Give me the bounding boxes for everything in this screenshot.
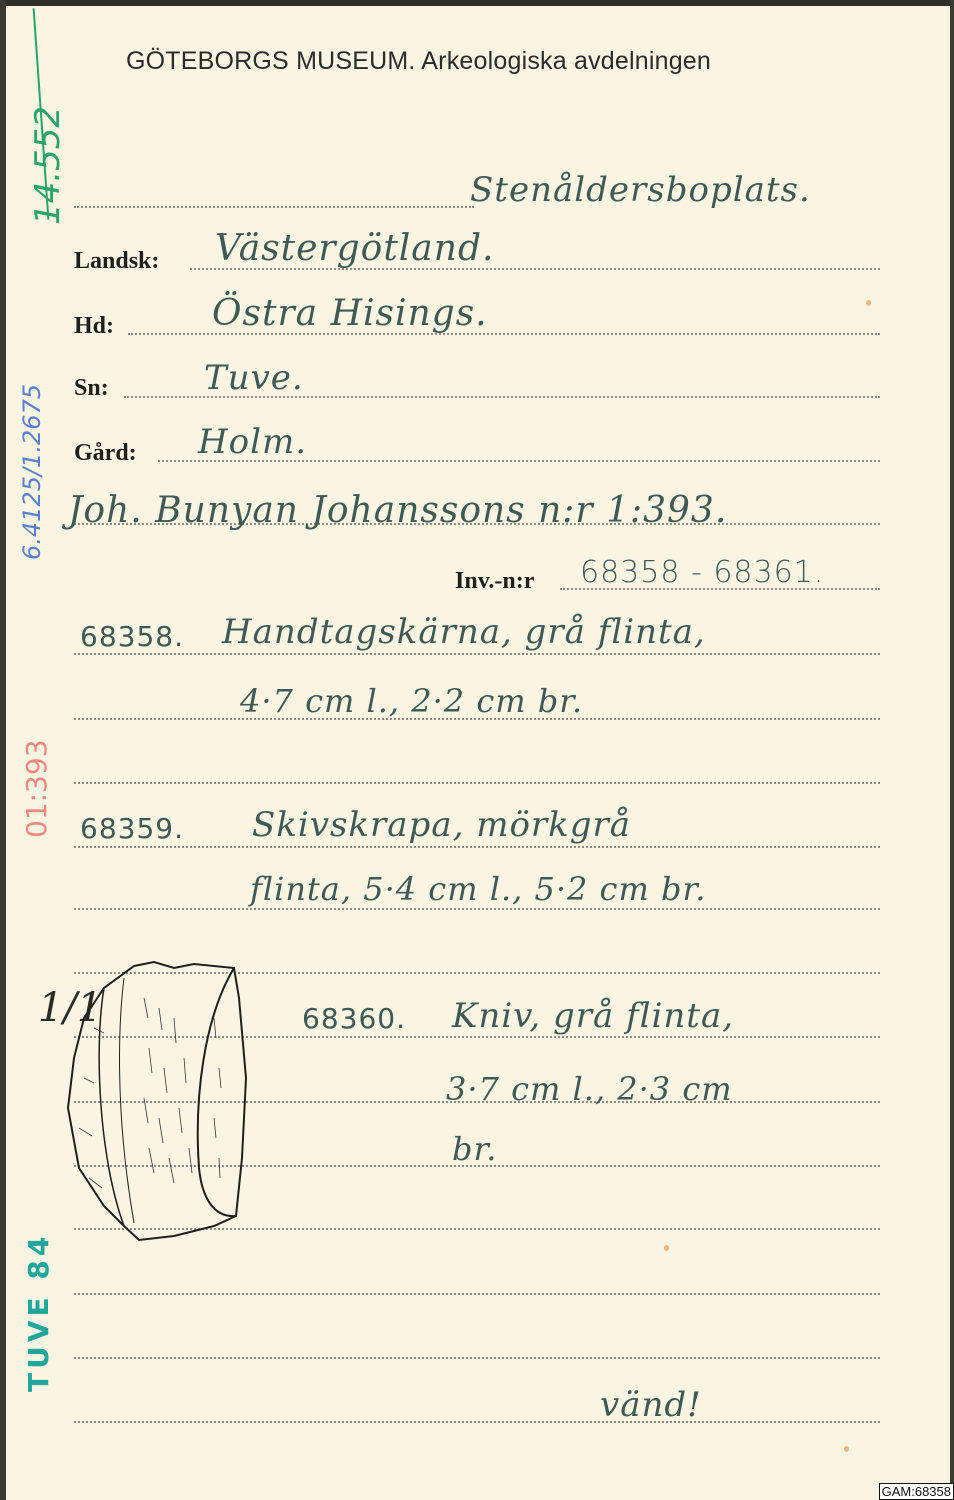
scan-border-top [0, 0, 954, 6]
entry-number: 68360. [302, 1002, 406, 1035]
paper-speck [844, 1446, 849, 1452]
dotted-line [74, 846, 880, 848]
inventory-value: 68358 - 68361. [580, 555, 824, 590]
scan-border-left [0, 0, 6, 1500]
margin-note-red: 01:393 [20, 739, 53, 838]
entry-dimensions-cont: br. [452, 1130, 497, 1168]
entry-dimensions: 3·7 cm l., 2·3 cm [446, 1070, 733, 1108]
dotted-line [74, 653, 880, 655]
dotted-line [74, 782, 880, 784]
archive-stamp: GAM:68358 [879, 1483, 954, 1500]
turn-over-note: vänd! [600, 1385, 702, 1425]
field-label-landskap: Landsk: [74, 248, 159, 275]
entry-dimensions: 4·7 cm l., 2·2 cm br. [240, 682, 583, 720]
field-label-socken: Sn: [74, 375, 109, 402]
margin-note-blue: 6.4125/1.2675 [18, 384, 46, 560]
paper-speck [866, 300, 871, 306]
margin-note-teal: TUVE 84 [22, 1233, 55, 1392]
entry-description: Handtagskärna, grå flinta, [222, 612, 706, 652]
field-label-harad: Hd: [74, 313, 114, 340]
site-type: Stenåldersboplats. [470, 170, 811, 210]
inventory-label: Inv.-n:r [455, 568, 534, 595]
field-value-landskap: Västergötland. [215, 228, 494, 269]
field-value-gard: Holm. [198, 422, 307, 462]
paper-speck [664, 1245, 669, 1251]
museum-header: GÖTEBORGS MUSEUM. Arkeologiska avdelning… [126, 47, 711, 76]
field-value-socken: Tuve. [204, 358, 304, 398]
dotted-line [74, 1357, 880, 1359]
entry-description: Skivskrapa, mörkgrå [252, 805, 631, 845]
entry-description: Kniv, grå flinta, [452, 996, 734, 1036]
dotted-line [74, 1293, 880, 1295]
owner-line: Joh. Bunyan Johanssons n:r 1:393. [68, 490, 727, 531]
entry-dimensions: flinta, 5·4 cm l., 5·2 cm br. [250, 870, 706, 908]
dotted-line [74, 206, 474, 208]
dotted-line [74, 1421, 880, 1423]
dotted-line [74, 908, 880, 910]
scan-border-right [950, 0, 954, 1500]
field-value-harad: Östra Hisings. [212, 293, 488, 334]
flint-knife-drawing [64, 958, 254, 1243]
entry-number: 68359. [80, 812, 184, 845]
entry-number: 68358. [80, 620, 184, 653]
field-label-gard: Gård: [74, 440, 137, 467]
